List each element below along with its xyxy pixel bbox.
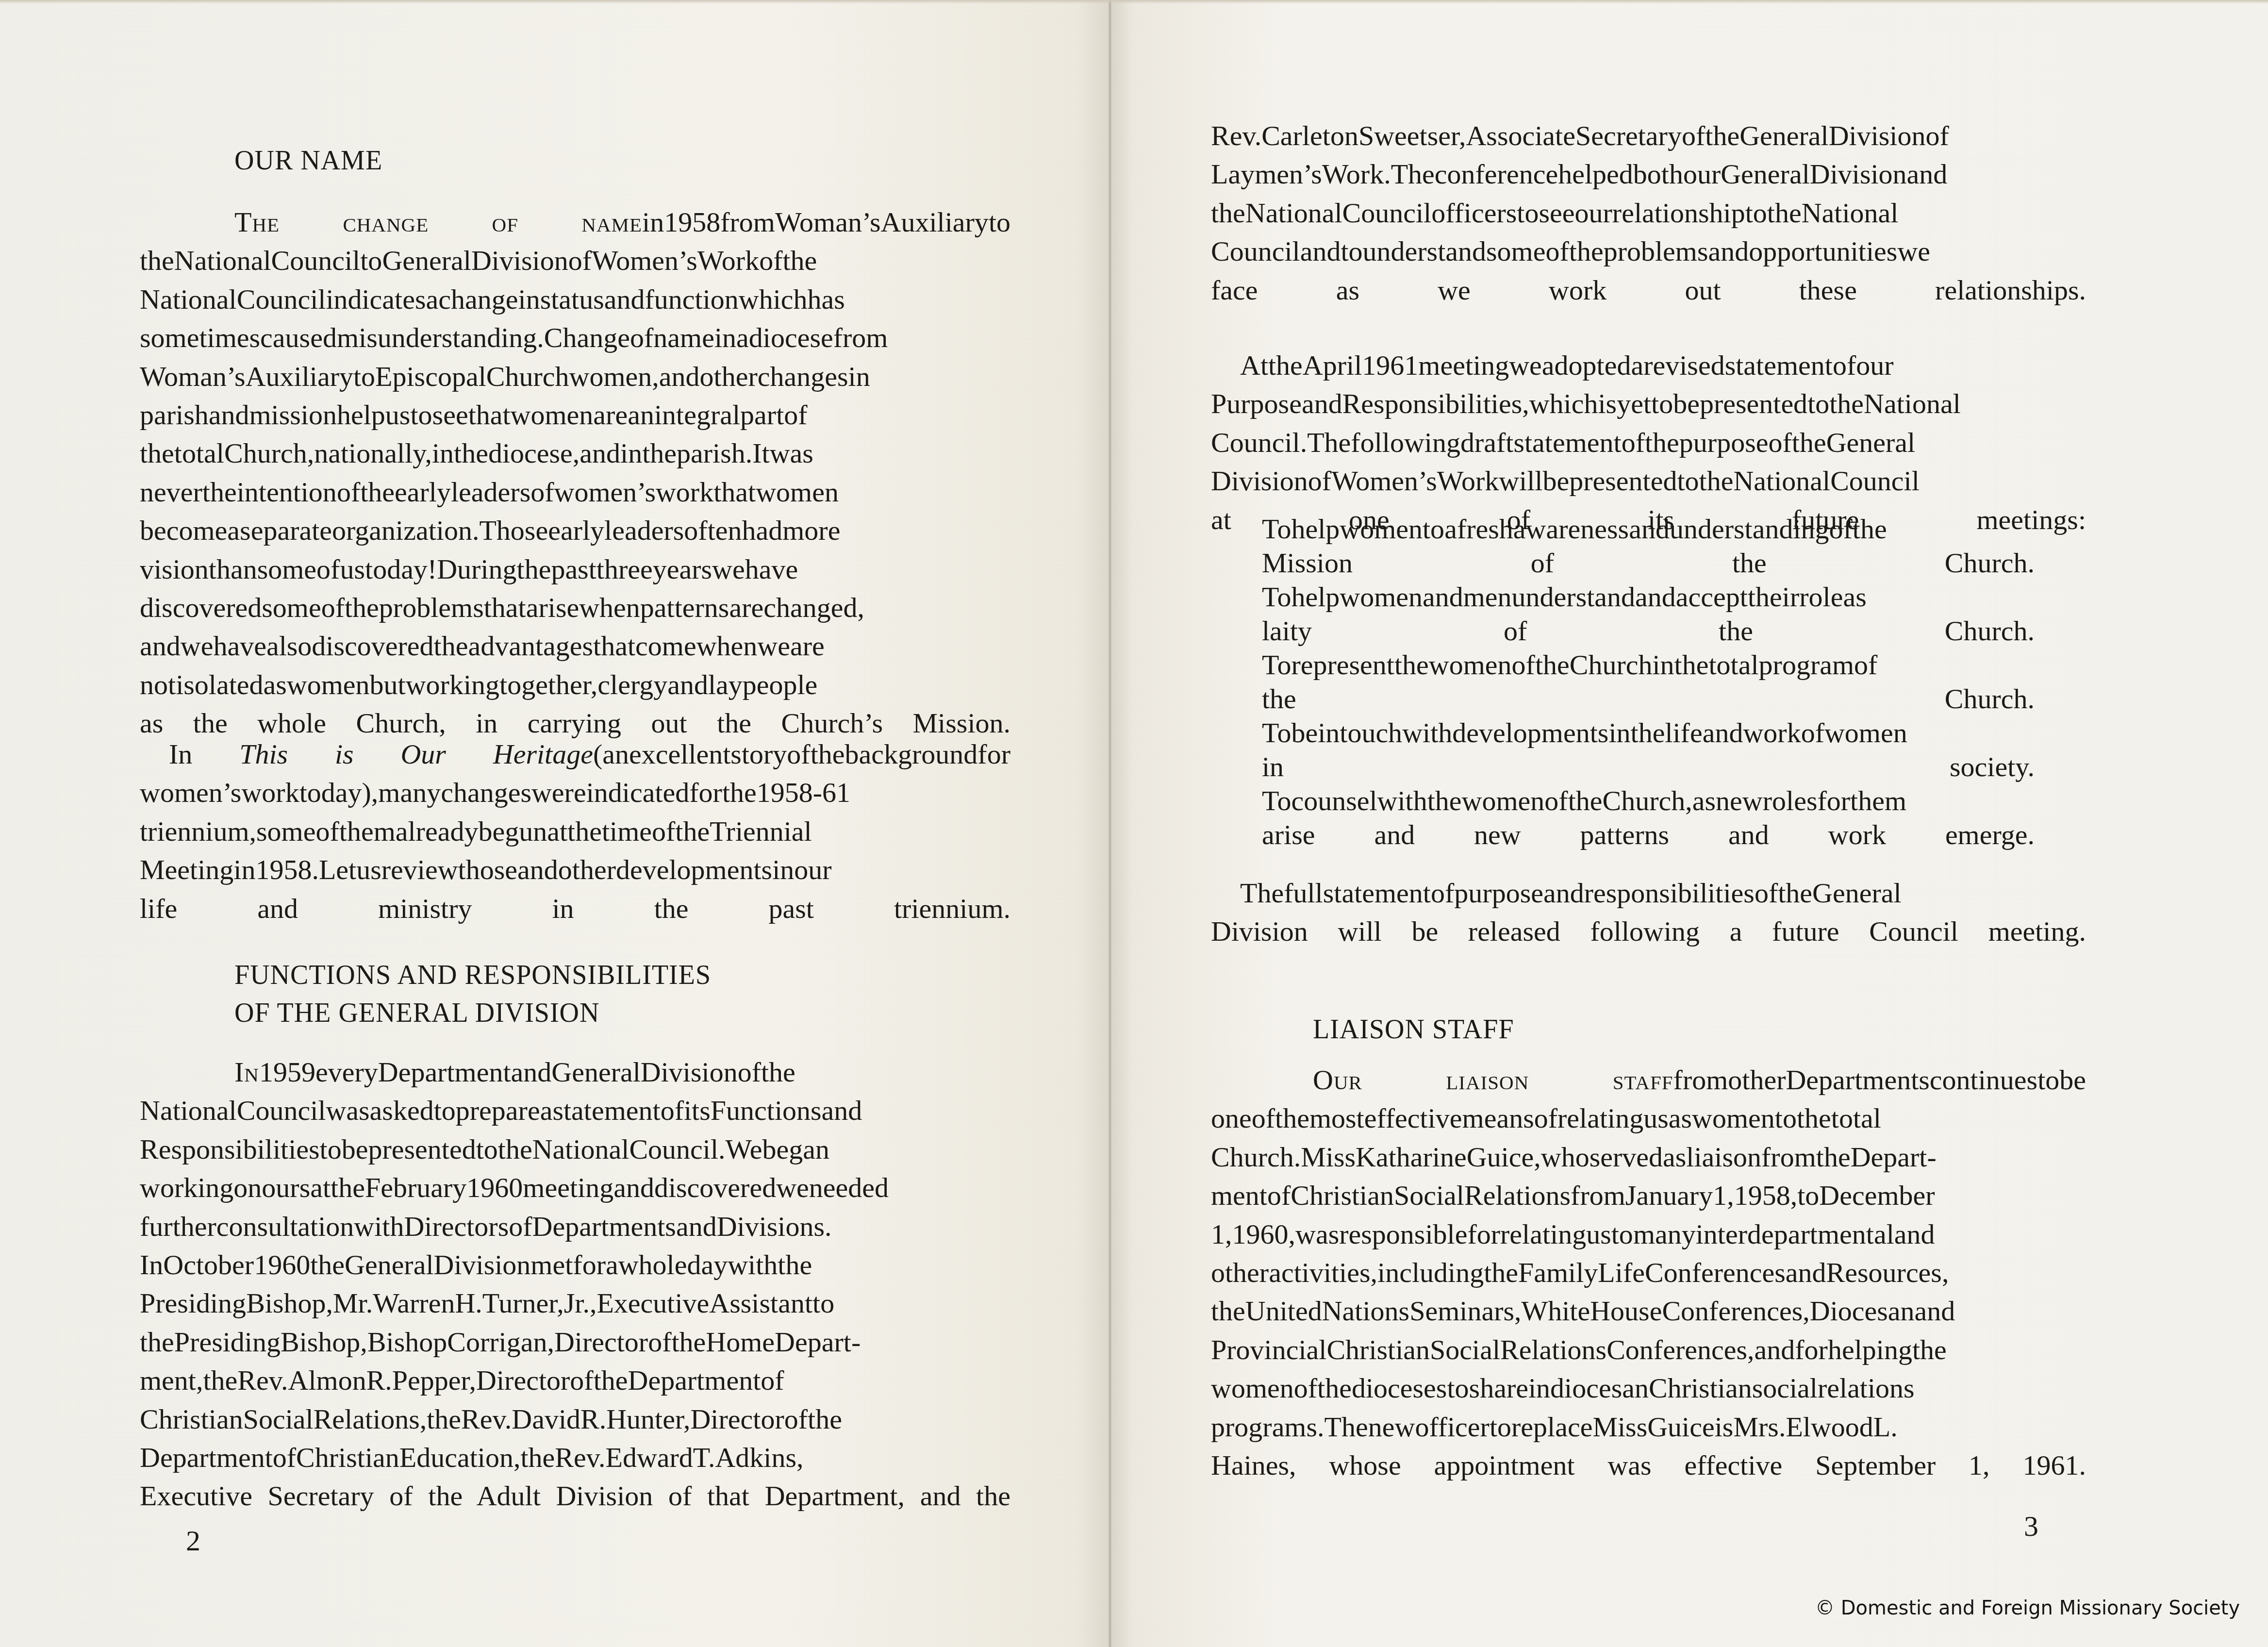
text-line: InOctober1960theGeneralDivisionmetforawh… — [140, 1246, 1010, 1284]
heading-functions-2: OF THE GENERAL DIVISION — [234, 994, 600, 1032]
text-line: ment,theRev.AlmonR.Pepper,DirectoroftheD… — [140, 1361, 1010, 1399]
text-line: women’sworktoday),manychangeswereindicat… — [140, 773, 1010, 812]
text-line: In1959everyDepartmentandGeneralDivisiono… — [140, 1053, 1010, 1091]
text-line: thePresidingBishop,BishopCorrigan,Direct… — [140, 1323, 1010, 1361]
text-line: womenofthediocesestoshareindiocesanChris… — [1211, 1369, 2086, 1407]
text-line: the Church. — [1262, 682, 2035, 716]
paragraph-change-of-name: The change of namein1958fromWoman’sAuxil… — [140, 203, 1010, 742]
page-number-right: 3 — [2024, 1510, 2038, 1543]
text-line: PurposeandResponsibilities,whichisyettob… — [1211, 384, 2086, 423]
text-line: Councilandtounderstandsomeoftheproblemsa… — [1211, 232, 2086, 270]
book-gutter — [1109, 0, 1111, 1647]
text-line: theNationalCouncilofficerstoseeourrelati… — [1211, 194, 2086, 232]
text-line: Division will be released following a fu… — [1211, 912, 2086, 950]
text-line: Haines, whose appointment was effective … — [1211, 1446, 2086, 1484]
purpose-list-item: Tohelpwomenandmenunderstandandacceptthei… — [1262, 580, 2035, 648]
text-line: Meetingin1958.Letusreviewthoseandotherde… — [140, 850, 1010, 889]
page-number-left: 2 — [186, 1524, 200, 1558]
text-line: ChristianSocialRelations,theRev.DavidR.H… — [140, 1400, 1010, 1438]
paragraph-full-statement: Thefullstatementofpurposeandresponsibili… — [1211, 874, 2086, 951]
paragraph-april-1961: AttheApril1961meetingweadoptedarevisedst… — [1211, 346, 2086, 539]
text-line: DepartmentofChristianEducation,theRev.Ed… — [140, 1438, 1010, 1477]
text-line: AttheApril1961meetingweadoptedarevisedst… — [1211, 346, 2086, 384]
text-line: ProvincialChristianSocialRelationsConfer… — [1211, 1331, 2086, 1369]
text-line: life and ministry in the past triennium. — [140, 889, 1010, 928]
text-line: laity of the Church. — [1262, 614, 2035, 648]
text-line: theUnitedNationsSeminars,WhiteHouseConfe… — [1211, 1292, 2086, 1330]
purpose-list-item: TocounselwiththewomenoftheChurch,asnewro… — [1262, 784, 2035, 852]
text-line: Mission of the Church. — [1262, 546, 2035, 580]
text-line: Rev.CarletonSweetser,AssociateSecretaryo… — [1211, 116, 2086, 155]
text-line: mentofChristianSocialRelationsfromJanuar… — [1211, 1176, 2086, 1214]
text-line: sometimescausedmisunderstanding.Changeof… — [140, 318, 1010, 357]
heading-our-name: OUR NAME — [234, 142, 382, 180]
text-line: Woman’sAuxiliarytoEpiscopalChurchwomen,a… — [140, 357, 1010, 396]
text-line: programs.ThenewofficertoreplaceMissGuice… — [1211, 1408, 2086, 1446]
text-line: Church.MissKatharineGuice,whoservedaslia… — [1211, 1138, 2086, 1176]
paragraph-liaison-staff: Our liaison stafffromotherDepartmentscon… — [1211, 1061, 2086, 1484]
text-line: NationalCouncilindicatesachangeinstatusa… — [140, 280, 1010, 318]
text-line: Tohelpwomentoafreshawarenessandunderstan… — [1262, 512, 2035, 546]
text-line: Executive Secretary of the Adult Divisio… — [140, 1477, 1010, 1515]
purpose-list: Tohelpwomentoafreshawarenessandunderstan… — [1262, 512, 2035, 852]
text-line: otheractivities,includingtheFamilyLifeCo… — [1211, 1253, 2086, 1292]
text-line: 1,1960,wasresponsibleforrelatingustomany… — [1211, 1215, 2086, 1253]
text-line: parishandmissionhelpustoseethatwomenarea… — [140, 396, 1010, 434]
text-line: oneofthemosteffectivemeansofrelatingusas… — [1211, 1099, 2086, 1137]
text-line: face as we work out these relationships. — [1211, 271, 2086, 309]
purpose-list-item: Tohelpwomentoafreshawarenessandunderstan… — [1262, 512, 2035, 580]
text-line: workingonoursattheFebruary1960meetingand… — [140, 1168, 1010, 1207]
text-line: notisolatedaswomenbutworkingtogether,cle… — [140, 665, 1010, 704]
text-line: Council.Thefollowingdraftstatementofthep… — [1211, 423, 2086, 462]
text-line: Our liaison stafffromotherDepartmentscon… — [1211, 1061, 2086, 1099]
paragraph-in-1959: In1959everyDepartmentandGeneralDivisiono… — [140, 1053, 1010, 1515]
purpose-list-item: TorepresentthewomenoftheChurchinthetotal… — [1262, 648, 2035, 716]
page-top-edge — [0, 0, 2268, 4]
text-line: becomeaseparateorganization.Thoseearlyle… — [140, 511, 1010, 549]
copyright-watermark: © Domestic and Foreign Missionary Societ… — [1815, 1597, 2240, 1619]
paragraph-continuation: Rev.CarletonSweetser,AssociateSecretaryo… — [1211, 116, 2086, 309]
text-line: TorepresentthewomenoftheChurchinthetotal… — [1262, 648, 2035, 682]
text-line: triennium,someofthemalreadybegunatthetim… — [140, 812, 1010, 850]
text-line: PresidingBishop,Mr.WarrenH.Turner,Jr.,Ex… — [140, 1284, 1010, 1322]
text-line: discoveredsomeoftheproblemsthatarisewhen… — [140, 588, 1010, 627]
text-line: Tohelpwomenandmenunderstandandacceptthei… — [1262, 580, 2035, 614]
paragraph-our-heritage: In This is Our Heritage(anexcellentstory… — [140, 735, 1010, 928]
text-line: thetotalChurch,nationally,inthediocese,a… — [140, 434, 1010, 472]
text-line: nevertheintentionoftheearlyleadersofwome… — [140, 473, 1010, 511]
text-line: The change of namein1958fromWoman’sAuxil… — [140, 203, 1010, 241]
text-line: Laymen’sWork.TheconferencehelpedbothourG… — [1211, 155, 2086, 193]
text-line: Tobeintouchwithdevelopmentsinthelifeandw… — [1262, 716, 2035, 750]
text-line: in society. — [1262, 750, 2035, 784]
text-line: Thefullstatementofpurposeandresponsibili… — [1211, 874, 2086, 912]
book-spread: OUR NAME The change of namein1958fromWom… — [0, 0, 2268, 1647]
text-line: NationalCouncilwasaskedtoprepareastateme… — [140, 1091, 1010, 1130]
text-line: In This is Our Heritage(anexcellentstory… — [140, 735, 1010, 773]
heading-functions-1: FUNCTIONS AND RESPONSIBILITIES — [234, 956, 711, 995]
text-line: arise and new patterns and work emerge. — [1262, 818, 2035, 852]
heading-liaison-staff: LIAISON STAFF — [1313, 1011, 1514, 1049]
text-line: DivisionofWomen’sWorkwillbepresentedtoth… — [1211, 462, 2086, 500]
text-line: furtherconsultationwithDirectorsofDepart… — [140, 1207, 1010, 1246]
text-line: theNationalCounciltoGeneralDivisionofWom… — [140, 241, 1010, 280]
text-line: andwehavealsodiscoveredtheadvantagesthat… — [140, 627, 1010, 665]
purpose-list-item: Tobeintouchwithdevelopmentsinthelifeandw… — [1262, 716, 2035, 784]
text-line: TocounselwiththewomenoftheChurch,asnewro… — [1262, 784, 2035, 818]
text-line: visionthansomeofustoday!Duringthepastthr… — [140, 550, 1010, 588]
text-line: ResponsibilitiestobepresentedtotheNation… — [140, 1130, 1010, 1168]
